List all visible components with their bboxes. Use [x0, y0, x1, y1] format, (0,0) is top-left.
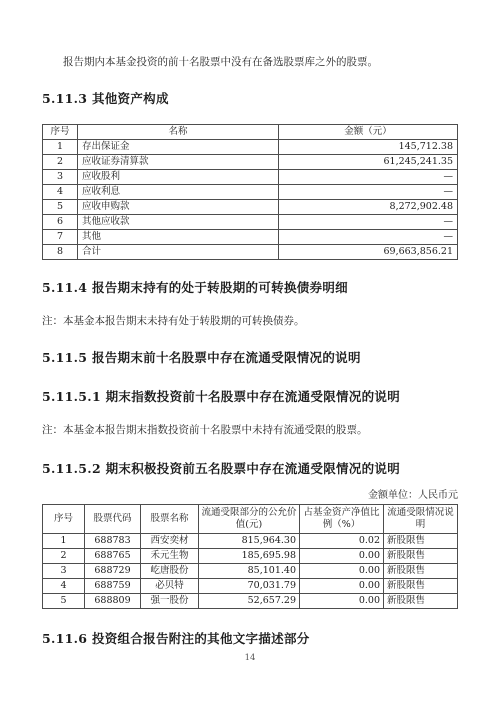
- cell-index: 5: [43, 594, 85, 609]
- cell-amount: —: [279, 185, 458, 200]
- cell-nav-ratio: 0.00: [300, 594, 384, 609]
- cell-restriction-note: 新股限售: [384, 594, 458, 609]
- page-number: 14: [0, 653, 500, 663]
- cell-index: 1: [43, 140, 78, 155]
- cell-stock-name: 强一股份: [141, 594, 199, 609]
- cell-nav-ratio: 0.00: [300, 564, 384, 579]
- cell-index: 4: [43, 579, 85, 594]
- cell-fair-value: 70,031.79: [199, 579, 300, 594]
- section-title-5-11-3: 5.11.3 其他资产构成: [42, 91, 458, 106]
- table-row: 4 应收利息 —: [43, 185, 458, 200]
- cell-stock-name: 西安奕材: [141, 534, 199, 549]
- cell-amount: 145,712.38: [279, 140, 458, 155]
- cell-stock-code: 688809: [85, 594, 141, 609]
- cell-restriction-note: 新股限售: [384, 564, 458, 579]
- currency-unit-label: 金额单位：人民币元: [42, 490, 458, 502]
- table-row: 6 其他应收款 —: [43, 215, 458, 230]
- cell-stock-code: 688783: [85, 534, 141, 549]
- intro-paragraph: 报告期内本基金投资的前十名股票中没有在备选股票库之外的股票。: [42, 56, 458, 69]
- cell-index: 3: [43, 564, 85, 579]
- cell-asset-name: 存出保证金: [78, 140, 279, 155]
- cell-nav-ratio: 0.02: [300, 534, 384, 549]
- table-row: 4 688759 必贝特 70,031.79 0.00 新股限售: [43, 579, 458, 594]
- cell-index: 2: [43, 155, 78, 170]
- cell-amount: —: [279, 230, 458, 245]
- table-header-row: 序号 股票代码 股票名称 流通受限部分的公允价值(元) 占基金资产净值比例（%）…: [43, 505, 458, 534]
- cell-fair-value: 815,964.30: [199, 534, 300, 549]
- cell-stock-name: 屹唐股份: [141, 564, 199, 579]
- restricted-stocks-table: 序号 股票代码 股票名称 流通受限部分的公允价值(元) 占基金资产净值比例（%）…: [42, 504, 458, 609]
- section-title-5-11-5-2: 5.11.5.2 期末积极投资前五名股票中存在流通受限情况的说明: [42, 461, 458, 476]
- other-assets-table: 序号 名称 金额（元） 1 存出保证金 145,712.38 2 应收证券清算款…: [42, 124, 458, 260]
- header-cell-index: 序号: [43, 125, 78, 140]
- header-cell-stock-name: 股票名称: [141, 505, 199, 534]
- cell-asset-name: 其他: [78, 230, 279, 245]
- table-row: 7 其他 —: [43, 230, 458, 245]
- section-title-5-11-6: 5.11.6 投资组合报告附注的其他文字描述部分: [42, 631, 458, 646]
- cell-asset-name: 应收申购款: [78, 200, 279, 215]
- cell-stock-code: 688765: [85, 549, 141, 564]
- cell-stock-code: 688729: [85, 564, 141, 579]
- cell-asset-name: 其他应收款: [78, 215, 279, 230]
- table-row: 5 应收申购款 8,272,902.48: [43, 200, 458, 215]
- header-cell-stock-code: 股票代码: [85, 505, 141, 534]
- cell-restriction-note: 新股限售: [384, 579, 458, 594]
- cell-asset-name: 应收证券清算款: [78, 155, 279, 170]
- cell-index: 6: [43, 215, 78, 230]
- table-row: 1 存出保证金 145,712.38: [43, 140, 458, 155]
- cell-asset-name: 合计: [78, 245, 279, 260]
- cell-stock-code: 688759: [85, 579, 141, 594]
- section-title-5-11-4: 5.11.4 报告期末持有的处于转股期的可转换债券明细: [42, 280, 458, 295]
- header-cell-amount: 金额（元）: [279, 125, 458, 140]
- cell-fair-value: 185,695.98: [199, 549, 300, 564]
- table-header-row: 序号 名称 金额（元）: [43, 125, 458, 140]
- header-cell-index: 序号: [43, 505, 85, 534]
- cell-nav-ratio: 0.00: [300, 579, 384, 594]
- cell-index: 5: [43, 200, 78, 215]
- note-index-investment: 注：本基金本报告期末指数投资前十名股票中未持有流通受限的股票。: [42, 424, 458, 437]
- cell-index: 2: [43, 549, 85, 564]
- cell-index: 3: [43, 170, 78, 185]
- cell-stock-name: 禾元生物: [141, 549, 199, 564]
- cell-asset-name: 应收股利: [78, 170, 279, 185]
- cell-index: 8: [43, 245, 78, 260]
- cell-fair-value: 85,101.40: [199, 564, 300, 579]
- document-page: 报告期内本基金投资的前十名股票中没有在备选股票库之外的股票。 5.11.3 其他…: [0, 0, 500, 707]
- cell-restriction-note: 新股限售: [384, 549, 458, 564]
- cell-fair-value: 52,657.29: [199, 594, 300, 609]
- cell-nav-ratio: 0.00: [300, 549, 384, 564]
- table-row: 2 688765 禾元生物 185,695.98 0.00 新股限售: [43, 549, 458, 564]
- cell-amount: —: [279, 215, 458, 230]
- table-row: 1 688783 西安奕材 815,964.30 0.02 新股限售: [43, 534, 458, 549]
- table-row: 2 应收证券清算款 61,245,241.35: [43, 155, 458, 170]
- cell-asset-name: 应收利息: [78, 185, 279, 200]
- header-cell-fair-value: 流通受限部分的公允价值(元): [199, 505, 300, 534]
- header-cell-nav-ratio: 占基金资产净值比例（%）: [300, 505, 384, 534]
- table-row: 5 688809 强一股份 52,657.29 0.00 新股限售: [43, 594, 458, 609]
- table-row: 3 应收股利 —: [43, 170, 458, 185]
- cell-amount: 69,663,856.21: [279, 245, 458, 260]
- note-convertible-bonds: 注：本基金本报告期末未持有处于转股期的可转换债券。: [42, 315, 458, 328]
- table-row: 8 合计 69,663,856.21: [43, 245, 458, 260]
- cell-amount: 8,272,902.48: [279, 200, 458, 215]
- cell-amount: —: [279, 170, 458, 185]
- cell-index: 4: [43, 185, 78, 200]
- section-title-5-11-5: 5.11.5 报告期末前十名股票中存在流通受限情况的说明: [42, 350, 458, 365]
- table-row: 3 688729 屹唐股份 85,101.40 0.00 新股限售: [43, 564, 458, 579]
- cell-restriction-note: 新股限售: [384, 534, 458, 549]
- header-cell-name: 名称: [78, 125, 279, 140]
- cell-amount: 61,245,241.35: [279, 155, 458, 170]
- cell-index: 1: [43, 534, 85, 549]
- section-title-5-11-5-1: 5.11.5.1 期末指数投资前十名股票中存在流通受限情况的说明: [42, 389, 458, 404]
- cell-stock-name: 必贝特: [141, 579, 199, 594]
- cell-index: 7: [43, 230, 78, 245]
- header-cell-restriction-note: 流通受限情况说明: [384, 505, 458, 534]
